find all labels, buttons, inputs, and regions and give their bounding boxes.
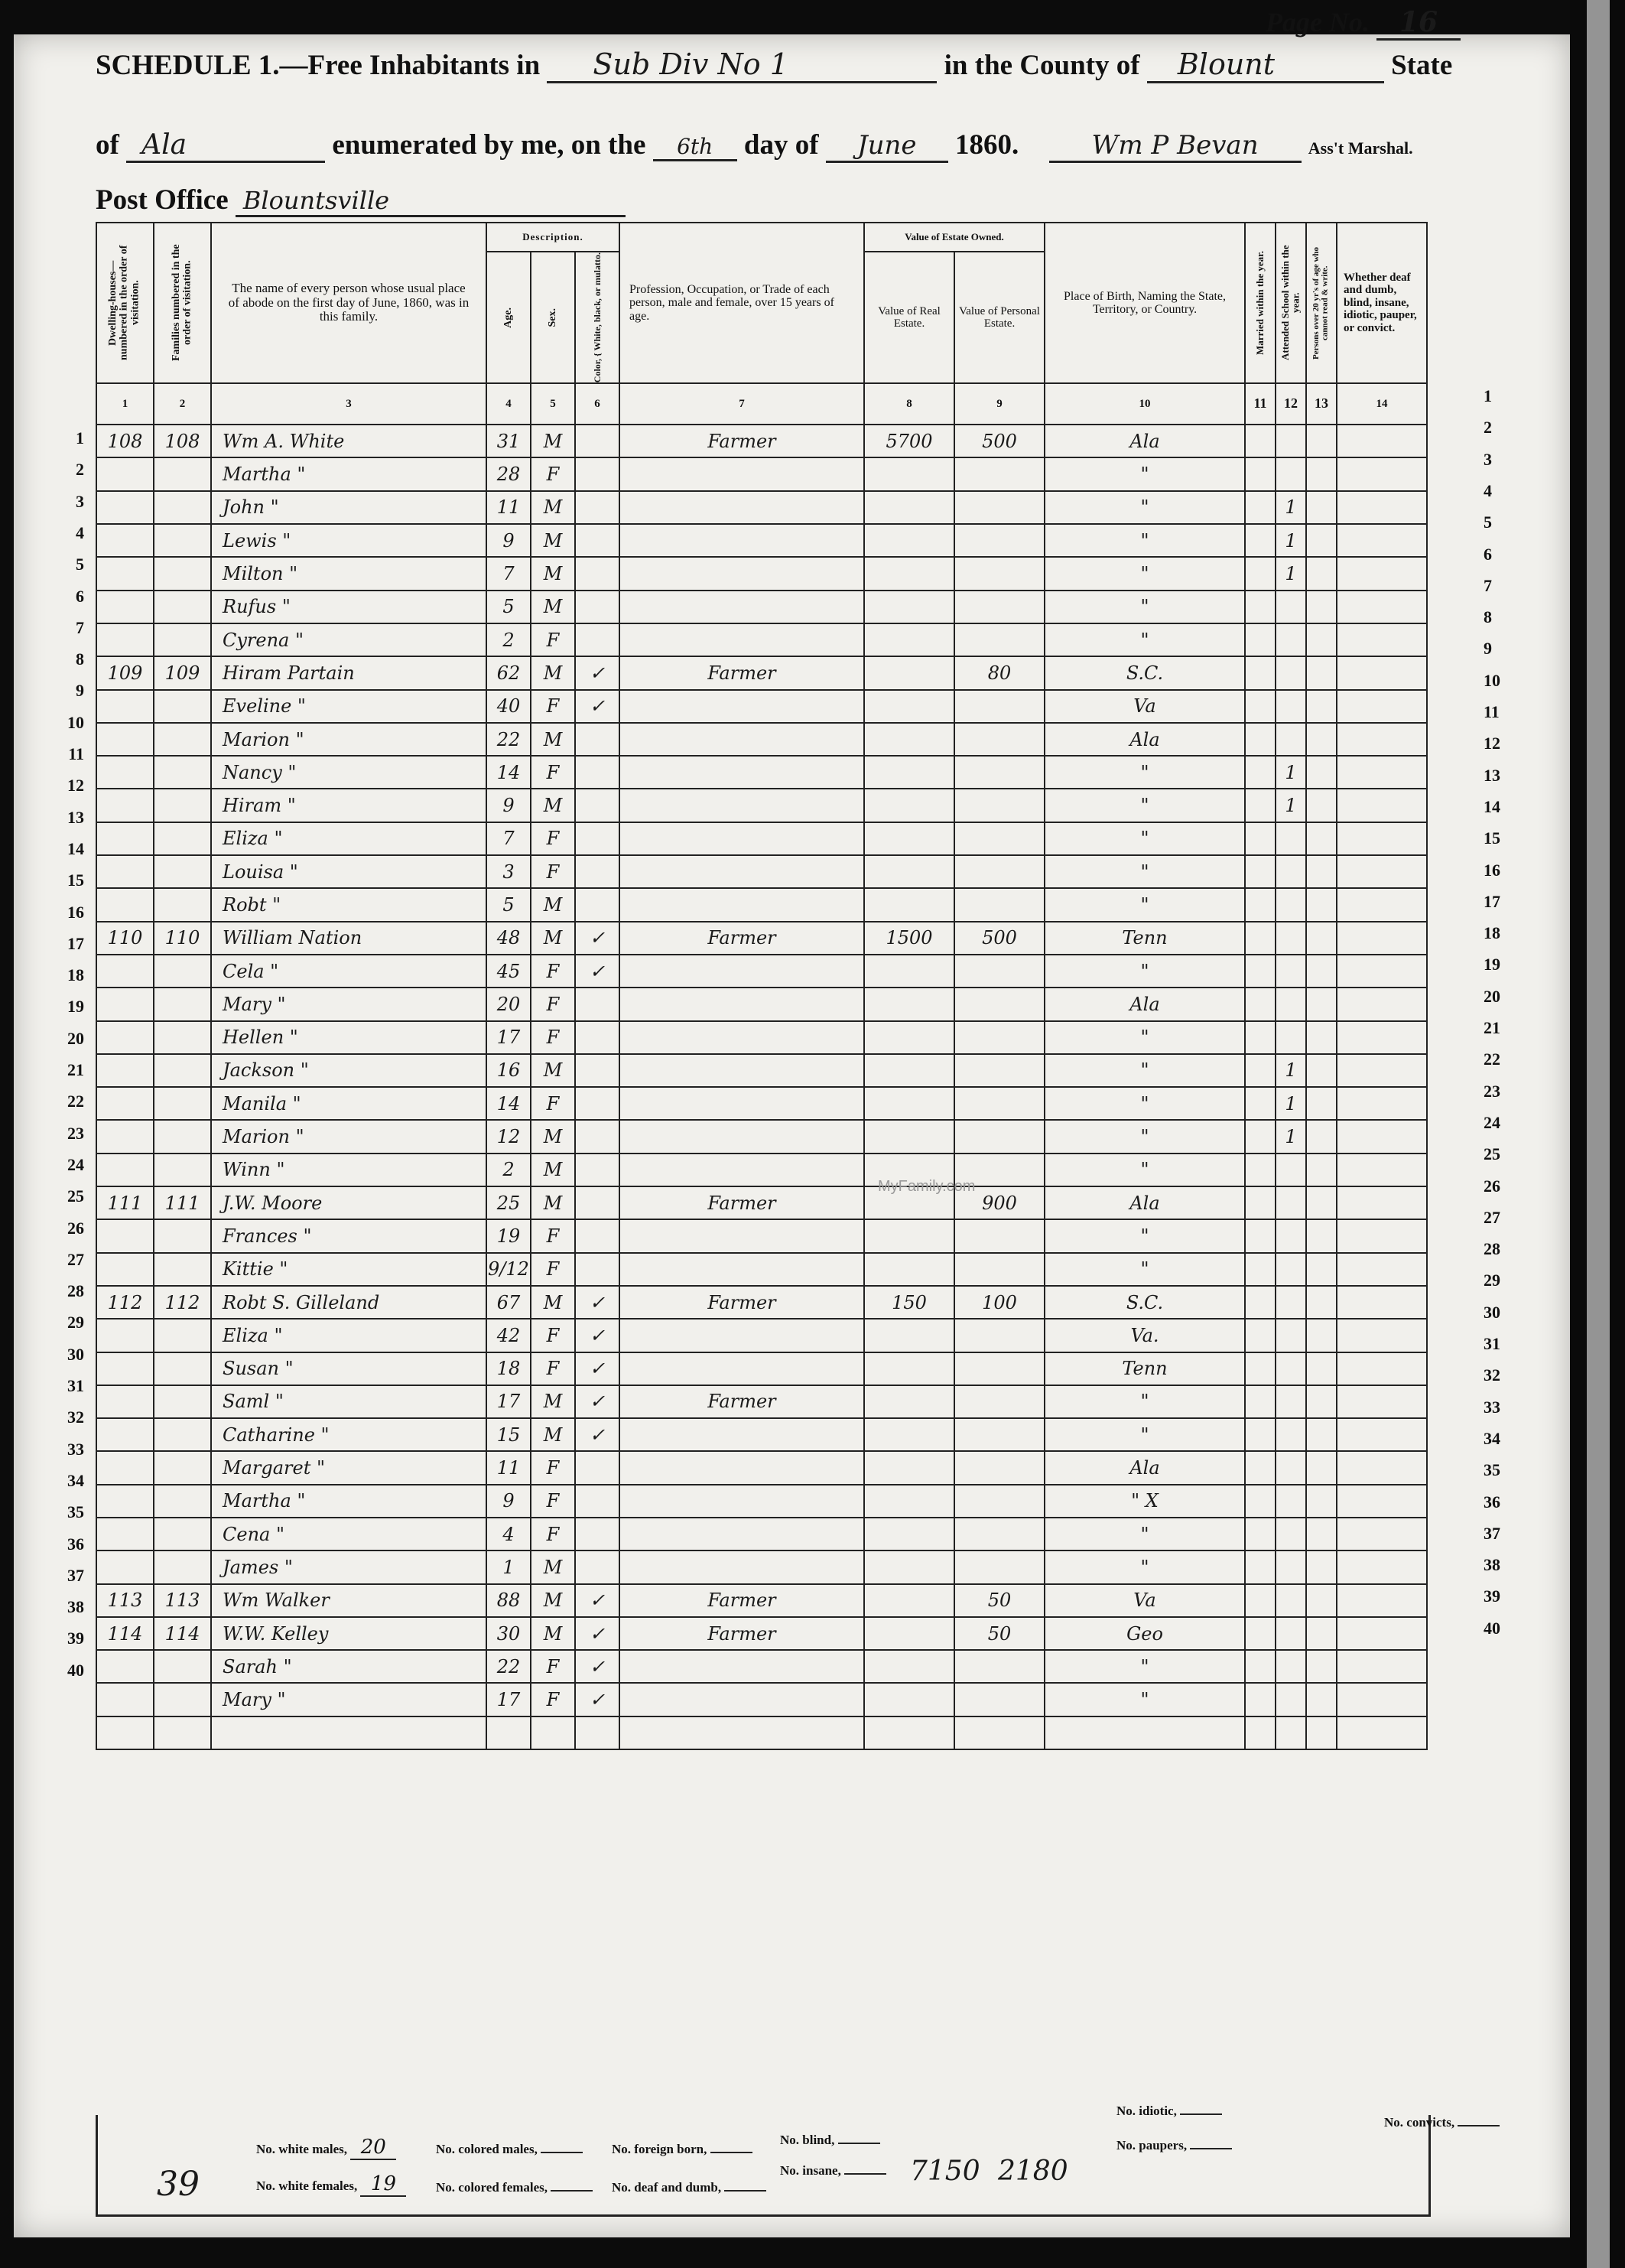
dwelling-number xyxy=(96,1054,154,1087)
married-cell xyxy=(1245,1683,1276,1716)
age-cell: 15 xyxy=(486,1418,531,1451)
person-name: John " xyxy=(211,491,486,524)
table-row: Eliza "42F✓Va. xyxy=(96,1319,1427,1352)
dwelling-number: 114 xyxy=(96,1617,154,1650)
illiterate-cell xyxy=(1306,1154,1337,1186)
dwelling-number xyxy=(96,1716,154,1749)
personal-estate-cell: 500 xyxy=(954,425,1045,457)
person-name: Cela " xyxy=(211,955,486,988)
age-cell: 30 xyxy=(486,1617,531,1650)
line-number-right: 27 xyxy=(1484,1208,1514,1228)
table-row: Hellen "17F" xyxy=(96,1021,1427,1054)
married-cell xyxy=(1245,723,1276,756)
family-number xyxy=(154,723,211,756)
color-cell xyxy=(575,1451,619,1484)
person-name: Winn " xyxy=(211,1154,486,1186)
col-sex-header: Sex. xyxy=(531,252,575,383)
subdivision-field: Sub Div No 1 xyxy=(547,47,937,83)
person-name: Mary " xyxy=(211,988,486,1020)
married-cell xyxy=(1245,822,1276,855)
disability-cell xyxy=(1337,457,1427,490)
col-married-header: Married within the year. xyxy=(1245,223,1276,383)
illiterate-cell xyxy=(1306,1551,1337,1583)
sex-cell: F xyxy=(531,1219,575,1252)
birthplace-cell: " xyxy=(1045,457,1245,490)
dwelling-number xyxy=(96,1021,154,1054)
line-number-left: 17 xyxy=(54,934,84,954)
marshal-signature: Wm P Bevan xyxy=(1049,130,1302,163)
school-cell xyxy=(1276,1551,1306,1583)
table-row: 111111J.W. Moore25MFarmer900Ala xyxy=(96,1186,1427,1219)
school-cell: 1 xyxy=(1276,491,1306,524)
real-estate-cell xyxy=(864,1054,954,1087)
person-name: Sarah " xyxy=(211,1650,486,1683)
sex-cell: M xyxy=(531,1551,575,1583)
sex-cell: M xyxy=(531,723,575,756)
married-cell xyxy=(1245,855,1276,888)
real-estate-cell xyxy=(864,1584,954,1617)
table-row: 114114W.W. Kelley30M✓Farmer50Geo xyxy=(96,1617,1427,1650)
illiterate-cell xyxy=(1306,1683,1337,1716)
color-cell xyxy=(575,1551,619,1583)
birthplace-cell: " xyxy=(1045,955,1245,988)
real-estate-cell xyxy=(864,888,954,921)
real-estate-cell xyxy=(864,1451,954,1484)
age-cell: 12 xyxy=(486,1120,531,1153)
table-row: Milton "7M"1 xyxy=(96,557,1427,590)
column-numbers-row: 123 456 789 101112 1314 xyxy=(96,383,1427,425)
real-estate-cell xyxy=(864,591,954,623)
birthplace-cell: " xyxy=(1045,1650,1245,1683)
occupation-cell xyxy=(619,1518,864,1551)
idiotic-total: No. idiotic, xyxy=(1116,2104,1222,2119)
line-number-right: 31 xyxy=(1484,1334,1514,1354)
school-cell: 1 xyxy=(1276,789,1306,822)
occupation-cell: Farmer xyxy=(619,1186,864,1219)
sex-cell: M xyxy=(531,656,575,689)
family-number xyxy=(154,1385,211,1418)
illiterate-cell xyxy=(1306,491,1337,524)
family-number xyxy=(154,988,211,1020)
married-cell xyxy=(1245,888,1276,921)
line-number-left: 2 xyxy=(54,460,84,480)
color-cell xyxy=(575,1054,619,1087)
personal-estate-cell xyxy=(954,888,1045,921)
family-number xyxy=(154,1518,211,1551)
age-cell xyxy=(486,1716,531,1749)
family-number xyxy=(154,1451,211,1484)
occupation-cell xyxy=(619,1683,864,1716)
occupation-cell xyxy=(619,855,864,888)
real-estate-cell xyxy=(864,789,954,822)
person-name: Martha " xyxy=(211,457,486,490)
illiterate-cell xyxy=(1306,524,1337,557)
line-number-right: 16 xyxy=(1484,861,1514,880)
dwelling-number: 111 xyxy=(96,1186,154,1219)
person-name: Robt S. Gilleland xyxy=(211,1286,486,1319)
line-number-right: 2 xyxy=(1484,418,1514,438)
person-name: Margaret " xyxy=(211,1451,486,1484)
family-number xyxy=(154,1683,211,1716)
table-row: James "1M" xyxy=(96,1551,1427,1583)
illiterate-cell xyxy=(1306,1716,1337,1749)
birthplace-cell: " xyxy=(1045,524,1245,557)
dwelling-number xyxy=(96,1683,154,1716)
disability-cell xyxy=(1337,1518,1427,1551)
married-cell xyxy=(1245,1154,1276,1186)
sex-cell: M xyxy=(531,524,575,557)
birthplace-cell: " xyxy=(1045,557,1245,590)
age-cell: 62 xyxy=(486,656,531,689)
line-number-left: 27 xyxy=(54,1250,84,1270)
color-cell: ✓ xyxy=(575,1385,619,1418)
real-estate-cell xyxy=(864,1683,954,1716)
line-number-left: 22 xyxy=(54,1092,84,1111)
personal-estate-cell xyxy=(954,1352,1045,1385)
line-number-right: 12 xyxy=(1484,734,1514,753)
family-number xyxy=(154,623,211,656)
line-number-right: 32 xyxy=(1484,1365,1514,1385)
illiterate-cell xyxy=(1306,1485,1337,1518)
insane-total: No. insane, xyxy=(780,2163,886,2179)
age-cell: 9 xyxy=(486,1485,531,1518)
dwelling-number xyxy=(96,1120,154,1153)
married-cell xyxy=(1245,690,1276,723)
colored-males-total: No. colored males, xyxy=(436,2142,583,2157)
real-estate-cell xyxy=(864,1087,954,1120)
real-estate-cell: 5700 xyxy=(864,425,954,457)
line-number-right: 9 xyxy=(1484,639,1514,659)
line-number-left: 16 xyxy=(54,903,84,922)
married-cell xyxy=(1245,623,1276,656)
real-estate-total: 7150 xyxy=(910,2156,980,2187)
dwelling-number xyxy=(96,1418,154,1451)
col-family-header: Families numbered in the order of visita… xyxy=(154,223,211,383)
day-field: 6th xyxy=(653,134,737,161)
sex-cell: F xyxy=(531,1683,575,1716)
disability-cell xyxy=(1337,1054,1427,1087)
dwelling-number: 110 xyxy=(96,922,154,955)
table-row: Eveline "40F✓Va xyxy=(96,690,1427,723)
table-row: 110110William Nation48M✓Farmer1500500Ten… xyxy=(96,922,1427,955)
school-cell xyxy=(1276,656,1306,689)
occupation-cell xyxy=(619,756,864,789)
school-cell xyxy=(1276,822,1306,855)
disability-cell xyxy=(1337,557,1427,590)
person-name: Hiram Partain xyxy=(211,656,486,689)
table-row: Jackson "16M"1 xyxy=(96,1054,1427,1087)
personal-estate-cell: 500 xyxy=(954,922,1045,955)
birthplace-cell: S.C. xyxy=(1045,1286,1245,1319)
sex-cell: F xyxy=(531,690,575,723)
table-row: 109109Hiram Partain62M✓Farmer80S.C. xyxy=(96,656,1427,689)
real-estate-cell xyxy=(864,656,954,689)
line-number-right: 13 xyxy=(1484,766,1514,786)
real-estate-cell xyxy=(864,1418,954,1451)
color-cell xyxy=(575,1518,619,1551)
line-number-left: 8 xyxy=(54,649,84,669)
school-cell xyxy=(1276,1617,1306,1650)
sex-cell: F xyxy=(531,955,575,988)
occupation-cell xyxy=(619,1021,864,1054)
birthplace-cell: " xyxy=(1045,491,1245,524)
line-number-left: 37 xyxy=(54,1566,84,1586)
scan-edge-strip xyxy=(1587,0,1610,2268)
age-cell: 9 xyxy=(486,524,531,557)
sex-cell: M xyxy=(531,591,575,623)
schedule-title: SCHEDULE 1.—Free Inhabitants in Sub Div … xyxy=(96,47,1452,83)
family-number xyxy=(154,1418,211,1451)
real-estate-cell xyxy=(864,491,954,524)
disability-cell xyxy=(1337,524,1427,557)
dwelling-number xyxy=(96,1650,154,1683)
person-name: Cyrena " xyxy=(211,623,486,656)
occupation-cell: Farmer xyxy=(619,1286,864,1319)
occupation-cell xyxy=(619,988,864,1020)
birthplace-cell: Va. xyxy=(1045,1319,1245,1352)
personal-estate-cell xyxy=(954,1385,1045,1418)
person-name: Louisa " xyxy=(211,855,486,888)
disability-cell xyxy=(1337,1485,1427,1518)
occupation-cell xyxy=(619,1219,864,1252)
disability-cell xyxy=(1337,822,1427,855)
age-cell: 14 xyxy=(486,1087,531,1120)
personal-estate-cell xyxy=(954,822,1045,855)
line-number-right: 29 xyxy=(1484,1271,1514,1290)
birthplace-cell: " xyxy=(1045,1021,1245,1054)
line-number-right: 18 xyxy=(1484,923,1514,943)
line-number-left: 19 xyxy=(54,997,84,1017)
personal-estate-cell xyxy=(954,789,1045,822)
line-number-left: 7 xyxy=(54,618,84,638)
disability-cell xyxy=(1337,1716,1427,1749)
line-number-left: 6 xyxy=(54,587,84,607)
sex-cell: M xyxy=(531,1385,575,1418)
age-cell: 28 xyxy=(486,457,531,490)
enumeration-line: of Ala enumerated by me, on the 6th day … xyxy=(96,129,1413,163)
birthplace-cell: " xyxy=(1045,1154,1245,1186)
occupation-cell xyxy=(619,1716,864,1749)
illiterate-cell xyxy=(1306,988,1337,1020)
birthplace-cell: " xyxy=(1045,1087,1245,1120)
line-number-right: 28 xyxy=(1484,1239,1514,1259)
occupation-cell xyxy=(619,591,864,623)
white-females-total: No. white females, 19 xyxy=(256,2172,406,2197)
color-cell: ✓ xyxy=(575,922,619,955)
person-name xyxy=(211,1716,486,1749)
real-estate-cell xyxy=(864,690,954,723)
family-number xyxy=(154,491,211,524)
occupation-cell: Farmer xyxy=(619,922,864,955)
line-number-left: 21 xyxy=(54,1060,84,1080)
illiterate-cell xyxy=(1306,1319,1337,1352)
color-cell xyxy=(575,1219,619,1252)
sex-cell: M xyxy=(531,491,575,524)
personal-estate-cell xyxy=(954,1219,1045,1252)
birthplace-cell: Tenn xyxy=(1045,922,1245,955)
line-number-right: 39 xyxy=(1484,1586,1514,1606)
watermark: MyFamily.com xyxy=(878,1178,975,1196)
disability-cell xyxy=(1337,723,1427,756)
blind-total: No. blind, xyxy=(780,2133,880,2148)
family-number: 114 xyxy=(154,1617,211,1650)
family-number xyxy=(154,1087,211,1120)
line-number-left: 1 xyxy=(54,428,84,448)
birthplace-cell: " xyxy=(1045,1683,1245,1716)
line-number-left: 32 xyxy=(54,1407,84,1427)
real-estate-cell xyxy=(864,1551,954,1583)
total-persons: 39 xyxy=(157,2165,200,2204)
line-number-right: 19 xyxy=(1484,955,1514,975)
color-cell xyxy=(575,1253,619,1286)
person-name: Robt " xyxy=(211,888,486,921)
occupation-cell: Farmer xyxy=(619,1617,864,1650)
sex-cell: F xyxy=(531,623,575,656)
color-cell xyxy=(575,623,619,656)
personal-estate-cell xyxy=(954,1518,1045,1551)
school-cell: 1 xyxy=(1276,1120,1306,1153)
school-cell xyxy=(1276,1418,1306,1451)
school-cell xyxy=(1276,1584,1306,1617)
age-cell: 5 xyxy=(486,591,531,623)
illiterate-cell xyxy=(1306,457,1337,490)
real-estate-cell xyxy=(864,988,954,1020)
line-number-left: 25 xyxy=(54,1186,84,1206)
age-cell: 2 xyxy=(486,1154,531,1186)
table-row: Susan "18F✓Tenn xyxy=(96,1352,1427,1385)
birthplace-cell: " xyxy=(1045,756,1245,789)
illiterate-cell xyxy=(1306,1418,1337,1451)
age-cell: 42 xyxy=(486,1319,531,1352)
table-row: Lewis "9M"1 xyxy=(96,524,1427,557)
married-cell xyxy=(1245,1120,1276,1153)
school-cell xyxy=(1276,1286,1306,1319)
school-cell: 1 xyxy=(1276,524,1306,557)
line-number-left: 29 xyxy=(54,1313,84,1332)
school-cell xyxy=(1276,1518,1306,1551)
illiterate-cell xyxy=(1306,756,1337,789)
family-number xyxy=(154,1154,211,1186)
dwelling-number xyxy=(96,557,154,590)
school-cell xyxy=(1276,425,1306,457)
school-cell xyxy=(1276,723,1306,756)
personal-estate-cell xyxy=(954,1650,1045,1683)
birthplace-cell: " xyxy=(1045,888,1245,921)
occupation-cell xyxy=(619,1120,864,1153)
occupation-cell: Farmer xyxy=(619,1385,864,1418)
school-cell: 1 xyxy=(1276,1054,1306,1087)
married-cell xyxy=(1245,1518,1276,1551)
line-number-left: 4 xyxy=(54,523,84,543)
illiterate-cell xyxy=(1306,1650,1337,1683)
person-name: Martha " xyxy=(211,1485,486,1518)
family-number xyxy=(154,1021,211,1054)
sex-cell: F xyxy=(531,1518,575,1551)
occupation-cell xyxy=(619,955,864,988)
table-row: Marion "22MAla xyxy=(96,723,1427,756)
sex-cell: F xyxy=(531,1319,575,1352)
family-number: 109 xyxy=(154,656,211,689)
sex-cell: F xyxy=(531,1087,575,1120)
color-cell xyxy=(575,723,619,756)
married-cell xyxy=(1245,922,1276,955)
age-cell: 4 xyxy=(486,1518,531,1551)
line-number-right: 37 xyxy=(1484,1524,1514,1544)
table-row: Mary "20FAla xyxy=(96,988,1427,1020)
line-number-right: 1 xyxy=(1484,386,1514,406)
line-number-right: 25 xyxy=(1484,1144,1514,1164)
birthplace-cell: Ala xyxy=(1045,425,1245,457)
disability-cell xyxy=(1337,690,1427,723)
real-estate-cell xyxy=(864,855,954,888)
personal-estate-cell xyxy=(954,557,1045,590)
sex-cell: F xyxy=(531,457,575,490)
personal-estate-cell xyxy=(954,1253,1045,1286)
sex-cell: F xyxy=(531,756,575,789)
disability-cell xyxy=(1337,1319,1427,1352)
birthplace-cell: Geo xyxy=(1045,1617,1245,1650)
line-number-right: 15 xyxy=(1484,828,1514,848)
table-row: Rufus "5M" xyxy=(96,591,1427,623)
line-number-left: 14 xyxy=(54,839,84,859)
family-number: 113 xyxy=(154,1584,211,1617)
table-row: Martha "9F" X xyxy=(96,1485,1427,1518)
occupation-cell xyxy=(619,789,864,822)
person-name: Marion " xyxy=(211,1120,486,1153)
color-cell xyxy=(575,855,619,888)
family-number xyxy=(154,1054,211,1087)
age-cell: 9/12 xyxy=(486,1253,531,1286)
person-name: Eliza " xyxy=(211,822,486,855)
sex-cell: M xyxy=(531,888,575,921)
family-number xyxy=(154,1120,211,1153)
census-table: Dwelling-houses— numbered in the order o… xyxy=(96,222,1428,1750)
disability-cell xyxy=(1337,623,1427,656)
color-cell xyxy=(575,822,619,855)
table-row: 113113Wm Walker88M✓Farmer50Va xyxy=(96,1584,1427,1617)
real-estate-cell: 1500 xyxy=(864,922,954,955)
line-number-right: 20 xyxy=(1484,987,1514,1007)
illiterate-cell xyxy=(1306,822,1337,855)
convicts-total: No. convicts, xyxy=(1384,2115,1500,2130)
occupation-cell xyxy=(619,1087,864,1120)
person-name: Mary " xyxy=(211,1683,486,1716)
occupation-cell xyxy=(619,1352,864,1385)
family-number xyxy=(154,855,211,888)
personal-estate-cell xyxy=(954,723,1045,756)
married-cell xyxy=(1245,1186,1276,1219)
illiterate-cell xyxy=(1306,425,1337,457)
personal-estate-cell xyxy=(954,1485,1045,1518)
personal-estate-cell xyxy=(954,1319,1045,1352)
dwelling-number xyxy=(96,1319,154,1352)
table-row xyxy=(96,1716,1427,1749)
post-office-field: Blountsville xyxy=(236,186,626,217)
col-dwelling-header: Dwelling-houses— numbered in the order o… xyxy=(96,223,154,383)
sex-cell: F xyxy=(531,1451,575,1484)
married-cell xyxy=(1245,789,1276,822)
occupation-cell xyxy=(619,524,864,557)
color-cell: ✓ xyxy=(575,656,619,689)
person-name: Hiram " xyxy=(211,789,486,822)
occupation-cell xyxy=(619,1319,864,1352)
person-name: Saml " xyxy=(211,1385,486,1418)
table-row: Eliza "7F" xyxy=(96,822,1427,855)
color-cell: ✓ xyxy=(575,1352,619,1385)
sex-cell: M xyxy=(531,557,575,590)
col-disability-header: Whether deaf and dumb, blind, insane, id… xyxy=(1337,223,1427,383)
school-cell xyxy=(1276,457,1306,490)
